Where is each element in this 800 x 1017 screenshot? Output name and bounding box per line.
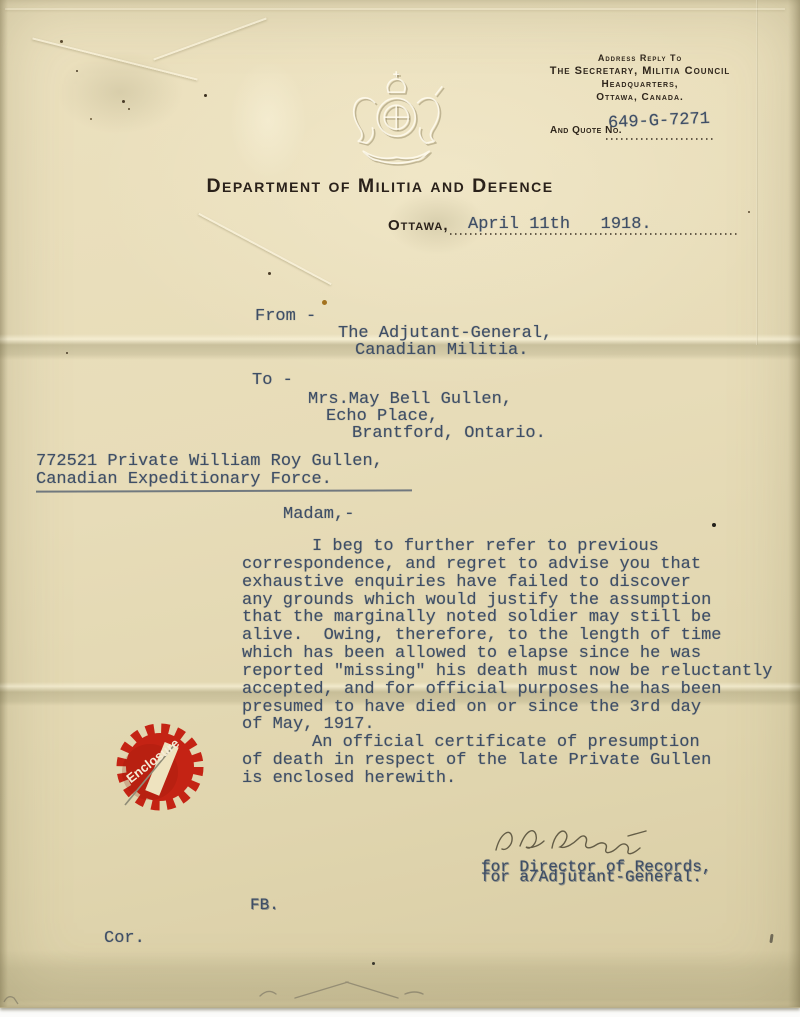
body-line: that the marginally noted soldier may st… [242, 609, 782, 627]
reference-underline [36, 489, 412, 492]
paper-speck [372, 962, 375, 965]
paper-speck [128, 108, 130, 110]
paper-crease [153, 18, 266, 61]
scanned-letter: Address Reply To The Secretary, Militia … [0, 0, 800, 1017]
dateline-place: Ottawa, [388, 217, 449, 234]
paper-speck [76, 70, 78, 72]
body-line: of May, 1917. [242, 716, 782, 734]
paper-edge-shadow [0, 0, 8, 1007]
body-line: exhaustive enquiries have failed to disc… [242, 574, 782, 592]
corner-note: Cor. [104, 929, 145, 948]
paper-edge-shadow [788, 0, 800, 1007]
paper-speck [60, 40, 63, 43]
paper-speck [268, 272, 271, 275]
paper-speck [66, 352, 68, 354]
salutation: Madam,- [283, 505, 354, 524]
vertical-crease [756, 0, 758, 345]
paper-crease [32, 37, 197, 80]
body-line: reported "missing" his death must now be… [242, 663, 782, 681]
pencil-scribbles [200, 968, 500, 1010]
paper-crease [198, 213, 331, 285]
paper-speck [322, 300, 327, 305]
paper-mark [769, 934, 773, 943]
signature-typed-line: for a/Adjutant-General. [481, 868, 702, 886]
reference-line: Canadian Expeditionary Force. [36, 470, 332, 489]
letter-paper: Address Reply To The Secretary, Militia … [0, 0, 800, 1008]
body-line: alive. Owing, therefore, to the length o… [242, 627, 782, 645]
paper-speck [204, 94, 207, 97]
reply-line: The Secretary, Militia Council [545, 65, 735, 78]
letterhead-reply-block: Address Reply To The Secretary, Militia … [545, 52, 735, 104]
paper-crease [5, 8, 785, 10]
department-title: Department of Militia and Defence [170, 175, 590, 198]
from-label: From - [255, 307, 316, 326]
body-line: any grounds which would justify the assu… [242, 592, 782, 610]
reply-line: Address Reply To [545, 52, 735, 65]
reference-line: 772521 Private William Roy Gullen, [36, 452, 383, 471]
typed-date: April 11th 1918. [468, 215, 652, 234]
reply-line: Ottawa, Canada. [545, 91, 735, 104]
reply-line: Headquarters, [545, 78, 735, 91]
typist-initials: FB. [250, 896, 279, 914]
royal-coat-of-arms-embossed-icon [336, 64, 458, 168]
to-label: To - [252, 371, 293, 390]
from-line: Canadian Militia. [355, 341, 528, 360]
body-line: is enclosed herewith. [242, 770, 782, 788]
to-line: Brantford, Ontario. [352, 424, 546, 443]
body-line: I beg to further refer to previous [242, 538, 782, 556]
body-line: which has been allowed to elapse since h… [242, 645, 782, 663]
dotted-leader [606, 138, 716, 140]
paper-speck [712, 523, 716, 527]
quote-number-value: 649-G-7271 [608, 110, 711, 133]
paper-speck [90, 118, 92, 120]
body-line: presumed to have died on or since the 3r… [242, 699, 782, 717]
enclosure-seal: Enclosure [103, 710, 217, 824]
letter-body: I beg to further refer to previous corre… [242, 538, 782, 788]
paper-speck [122, 100, 125, 103]
body-line: correspondence, and regret to advise you… [242, 556, 782, 574]
body-line: accepted, and for official purposes he h… [242, 681, 782, 699]
paper-speck [748, 211, 750, 213]
body-line: An official certificate of presumption [242, 734, 782, 752]
body-line: of death in respect of the late Private … [242, 752, 782, 770]
